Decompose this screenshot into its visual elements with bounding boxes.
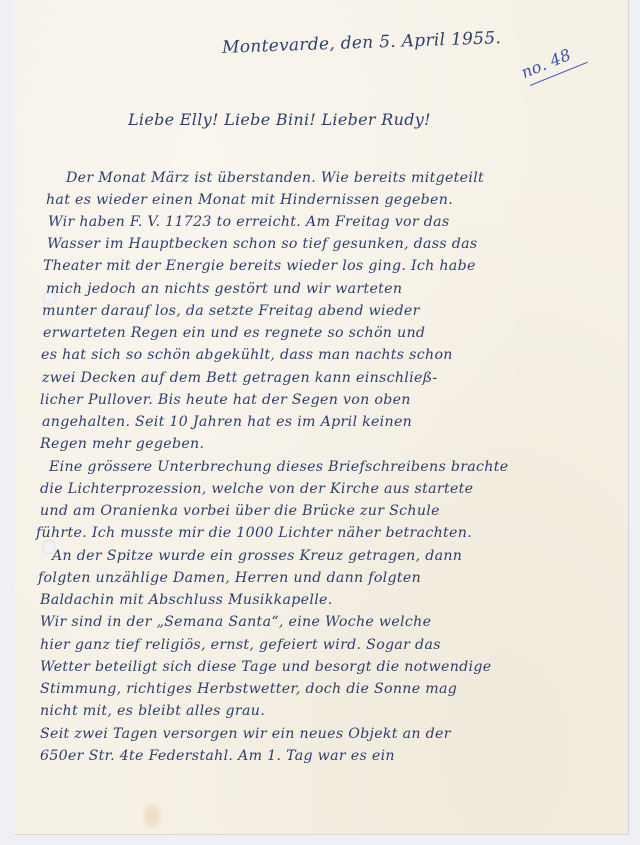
body-line: Theater mit der Energie bereits wieder l… — [43, 258, 476, 274]
body-line: nicht mit, es bleibt alles grau. — [40, 703, 265, 719]
body-line: Baldachin mit Abschluss Musikkapelle. — [40, 592, 333, 608]
body-line: angehalten. Seit 10 Jahren hat es im Apr… — [42, 414, 412, 430]
body-line: hat es wieder einen Monat mit Hinderniss… — [46, 192, 453, 208]
body-line: Eine grössere Unterbrechung dieses Brief… — [49, 459, 508, 475]
body-line: folgten unzählige Damen, Herren und dann… — [38, 570, 421, 586]
body-line: zwei Decken auf dem Bett getragen kann e… — [42, 370, 438, 386]
body-line: mich jedoch an nichts gestört und wir wa… — [46, 281, 402, 297]
body-line: führte. Ich musste mir die 1000 Lichter … — [36, 525, 472, 541]
body-line: es hat sich so schön abgekühlt, dass man… — [41, 347, 453, 363]
body-line: Stimmung, richtiges Herbstwetter, doch d… — [40, 681, 457, 697]
body-line: munter darauf los, da setzte Freitag abe… — [42, 303, 420, 319]
greeting: Liebe Elly! Liebe Bini! Lieber Rudy! — [128, 110, 431, 129]
body-line: Wir sind in der „Semana Santa“, eine Woc… — [40, 614, 431, 630]
body-line: An der Spitze wurde ein grosses Kreuz ge… — [52, 548, 462, 564]
body-line: die Lichterprozession, welche von der Ki… — [40, 481, 473, 497]
body-line: Wir haben F. V. 11723 to erreicht. Am Fr… — [48, 214, 450, 230]
body-line: Seit zwei Tagen versorgen wir ein neues … — [40, 726, 451, 742]
body-line: erwarteten Regen ein und es regnete so s… — [43, 325, 425, 341]
body-line: licher Pullover. Bis heute hat der Segen… — [40, 392, 411, 408]
body-line: hier ganz tief religiös, ernst, gefeiert… — [40, 637, 441, 653]
paper-stain — [144, 805, 160, 827]
body-line: Wetter beteiligt sich diese Tage und bes… — [40, 659, 491, 675]
body-line: und am Oranienka vorbei über die Brücke … — [40, 503, 440, 519]
body-line: Wasser im Hauptbecken schon so tief gesu… — [47, 236, 477, 252]
body-line: Der Monat März ist überstanden. Wie bere… — [66, 170, 484, 186]
body-line: 650er Str. 4te Federstahl. Am 1. Tag war… — [40, 748, 395, 764]
body-line: Regen mehr gegeben. — [40, 436, 204, 452]
